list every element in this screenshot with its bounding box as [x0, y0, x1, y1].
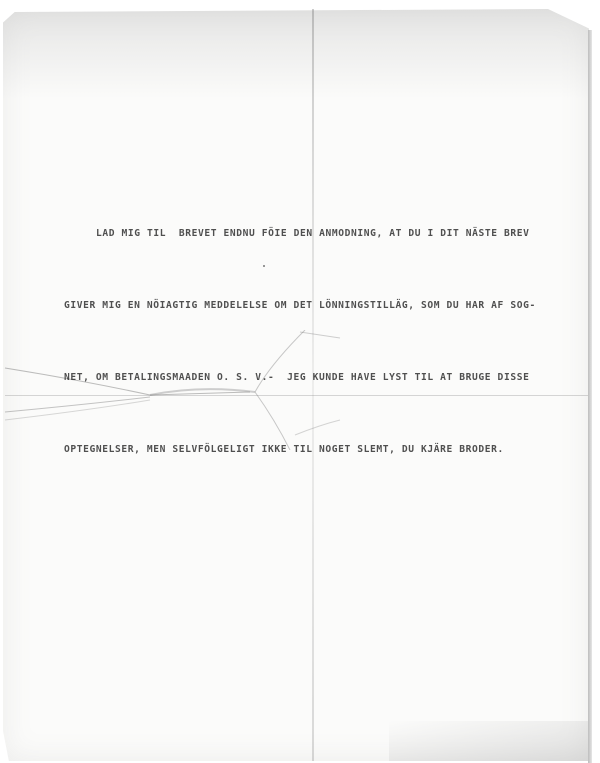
text-line-4: OPTEGNELSER, MEN SELVFÖLGELIGT IKKE TIL … [64, 438, 584, 462]
text-line-1: LAD MIG TIL BREVET ENDNU FÖIE DEN ANMODN… [64, 222, 584, 246]
text-line-3: NET, OM BETALINGSMAADEN O. S. V.- JEG KU… [64, 366, 584, 390]
page-edge-shadow [588, 30, 592, 763]
typewritten-paragraph: LAD MIG TIL BREVET ENDNU FÖIE DEN ANMODN… [64, 174, 584, 486]
text-line-2: GIVER MIG EN NÖIAGTIG MEDDELELSE OM DET … [64, 294, 584, 318]
ink-speck [263, 265, 265, 267]
